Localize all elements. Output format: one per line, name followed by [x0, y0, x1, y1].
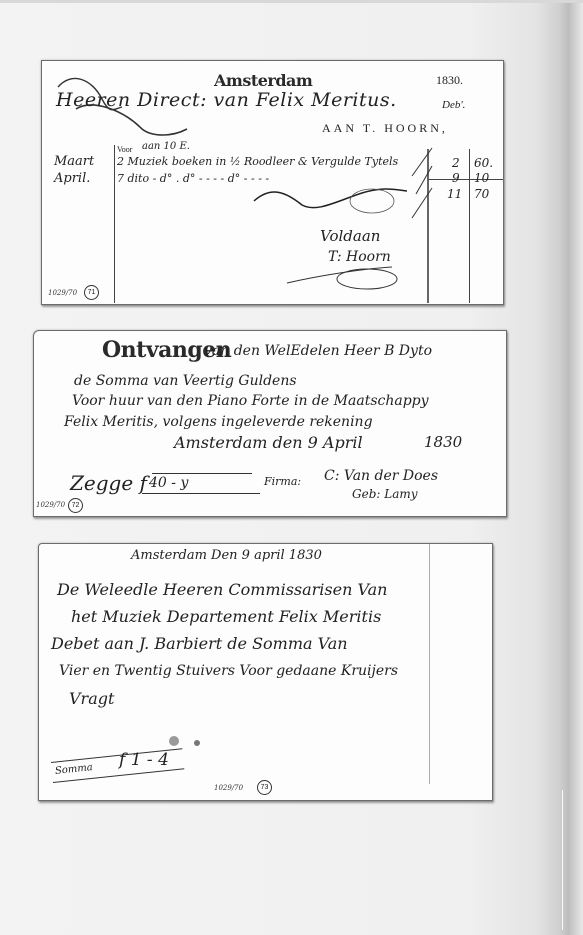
archive-ref: 1029/70 — [36, 501, 65, 509]
folio-number: 71 — [84, 285, 99, 300]
amount-underline-top — [152, 473, 252, 474]
invoice-document: Amsterdam 1830. Heeren Direct: van Felix… — [41, 60, 504, 305]
preamble-hand: aan 10 E. — [142, 141, 190, 152]
firm-name: C: Van der Does — [324, 468, 438, 484]
receipt-document: Ontvangen van den WelEdelen Heer B Dyto … — [33, 330, 507, 517]
archive-ref: 1029/70 — [214, 784, 243, 792]
archive-ref: 1029/70 — [48, 289, 77, 297]
firm-sub: Geb: Lamy — [352, 487, 418, 501]
ledger-cents-rule — [469, 149, 470, 303]
sum-amount: f 1 - 4 — [119, 750, 169, 770]
ink-blot — [194, 740, 200, 746]
line-cents: 60. — [474, 156, 493, 170]
receipt-line-3: Voor huur van den Piano Forte in de Maat… — [72, 393, 429, 409]
firm-label: Firma: — [264, 475, 301, 488]
receipt-place-date: Amsterdam den 9 April — [174, 433, 363, 452]
receipt-line-2: de Somma van Veertig Guldens — [74, 373, 297, 389]
creditor-name: AAN T. HOORN, — [322, 121, 448, 136]
bill-body-line: De Weleedle Heeren Commissarisen Van — [57, 580, 387, 599]
bill-document: Amsterdam Den 9 april 1830 De Weleedle H… — [38, 543, 493, 801]
printed-city: Amsterdam — [214, 71, 312, 90]
receipt-year: 1830 — [424, 433, 462, 451]
paper-fold-line — [429, 544, 430, 784]
bill-body-line: Debet aan J. Barbiert de Somma Van — [51, 634, 348, 653]
receipt-line-4: Felix Meritis, volgens ingeleverde reken… — [64, 414, 373, 430]
line-cents: 10 — [474, 171, 489, 185]
signature-name: T: Hoorn — [328, 249, 391, 265]
bill-body-line: Vier en Twentig Stuivers Voor gedaane Kr… — [59, 663, 398, 679]
bill-date-line: Amsterdam Den 9 april 1830 — [131, 548, 322, 563]
line-month: Maart — [54, 154, 94, 169]
line-description: 2 Muziek boeken in ½ Roodleer & Vergulde… — [117, 155, 398, 168]
invoice-year: 1830. — [436, 73, 463, 88]
receipt-line-1: van den WelEdelen Heer B Dyto — [204, 343, 432, 359]
line-guilders: 2 — [452, 156, 460, 170]
amount-label: Zegge f — [70, 471, 147, 495]
page-fold-line — [562, 790, 563, 930]
ledger-left-rule — [114, 145, 115, 303]
total-guilders: 11 — [447, 187, 462, 201]
folio-number: 73 — [257, 780, 272, 795]
amount-value: 40 - y — [149, 475, 188, 491]
signature-voldaan: Voldaan — [320, 227, 380, 245]
bill-body-line: het Muziek Departement Felix Meritis — [71, 607, 381, 626]
ink-blot — [169, 736, 179, 746]
invoice-addressee: Heeren Direct: van Felix Meritus. — [56, 89, 397, 111]
folio-number: 72 — [68, 498, 83, 513]
total-cents: 70 — [474, 187, 489, 201]
page-top-edge — [0, 0, 583, 3]
bill-body-line: Vragt — [69, 689, 114, 708]
preamble-printed: Voor — [117, 145, 132, 154]
debit-label: Deb'. — [442, 99, 465, 111]
line-guilders: 9 — [452, 171, 460, 185]
line-month: April. — [54, 171, 90, 186]
amount-underline-bottom — [142, 493, 260, 494]
sum-label: Somma — [55, 762, 94, 777]
